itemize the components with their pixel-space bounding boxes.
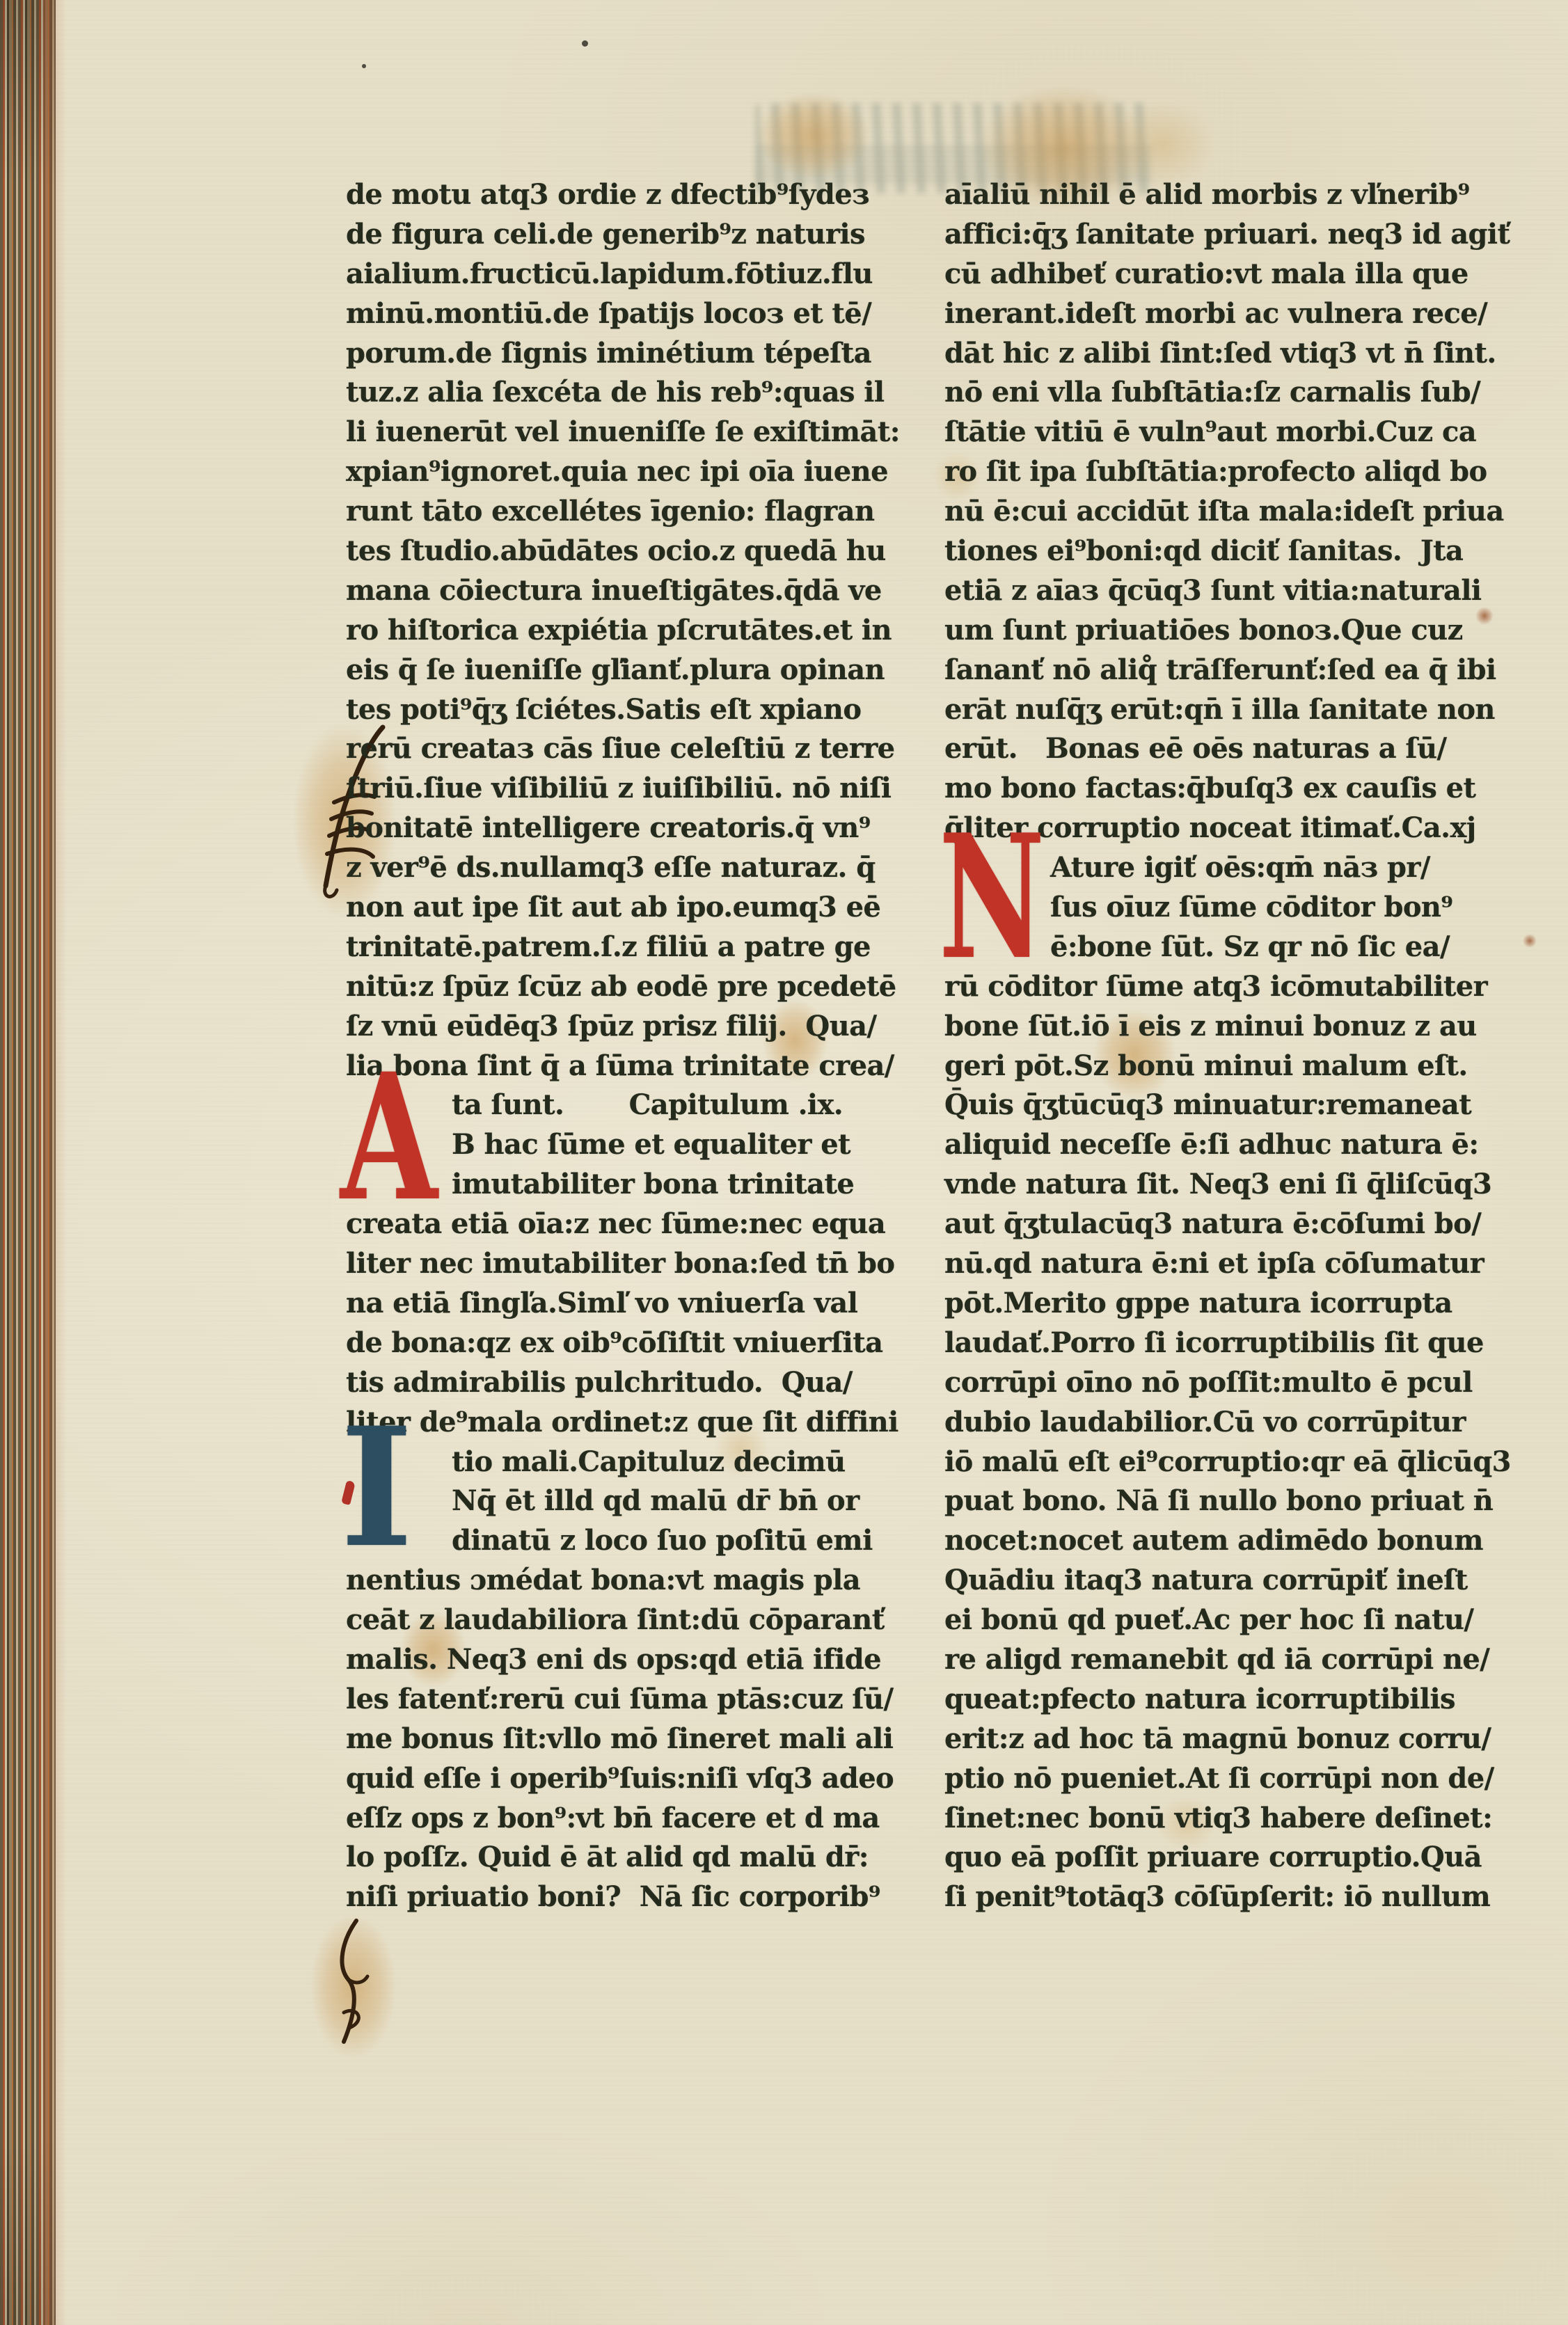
- text-line: ſz vnū eūdēq3 ſpūz prisz filij. Qua/: [346, 1007, 915, 1047]
- text-line: mana cōiectura inueſtigātes.q̄dā ve: [346, 571, 915, 611]
- text-line: porum.de ſignis iminétium tépeſta: [346, 334, 915, 374]
- text-line: eis q̄ ſe iueniſſe gľianť.plura opinan: [346, 651, 915, 690]
- text-line: pōt.Merito gppe natura icorrupta: [944, 1284, 1514, 1324]
- text-line: niſi priuatio boni? Nā ſic corporib⁹: [346, 1878, 915, 1917]
- text-line: lo poſſz. Quid ē āt alid qd malū dr̄:: [346, 1838, 915, 1878]
- ink-speck: [582, 40, 588, 47]
- text-line: queat:pfecto natura icorruptibilis: [944, 1680, 1514, 1720]
- text-line: Quādiu itaq3 natura corrūpiť ineſt: [944, 1561, 1514, 1601]
- page-root: de motu atq3 ordie z dfectib⁹ſydeзde fig…: [0, 0, 1568, 2325]
- text-line: nū ē:cui accidūt iſta mala:ideſt priua: [944, 492, 1514, 532]
- text-line: xpian⁹ignoret.quia nec ipi oīa iuene: [346, 452, 915, 492]
- text-line: nentius ɔmédat bona:vt magis pla: [346, 1561, 915, 1601]
- text-line: tuz.z alia ſexcéta de his reb⁹:quas il: [346, 373, 915, 413]
- text-line: ro ſit ipa ſubſtātia:profecto aliqd bo: [944, 452, 1514, 492]
- text-line: Q̄uis q̄ʒtūcūq3 minuatur:remaneat: [944, 1086, 1514, 1125]
- text-line: Ature igiť oēs:qm̄ nāз pr/: [944, 848, 1514, 888]
- text-line: nitū:z ſpūz ſcūz ab eodē pre pcedetē: [346, 967, 915, 1007]
- text-line: tio mali.Capituluz decimū: [346, 1443, 915, 1482]
- text-line: quo eā poſſit priuare corruptio.Quā: [944, 1838, 1514, 1878]
- text-line: rū cōditor ſūme atq3 icōmutabiliter: [944, 967, 1514, 1007]
- text-line: creata etiā oīa:z nec ſūme:nec equa: [346, 1205, 915, 1244]
- text-line: tiones ei⁹boni:qd diciť ſanitas. Jta: [944, 532, 1514, 571]
- text-line: erit:z ad hoc tā magnū bonuz corru/: [944, 1720, 1514, 1759]
- text-line: aliquid neceſſe ē:ſi adhuc natura ē:: [944, 1125, 1514, 1165]
- stain: [310, 1914, 397, 2060]
- text-line: na etiā ſingľa.Simľ vo vniuerſa val: [346, 1284, 915, 1324]
- text-line: ta ſunt. Capitulum .ix.: [346, 1086, 915, 1125]
- text-line: nū.qd natura ē:ni et ipſa cōſumatur: [944, 1244, 1514, 1284]
- text-line: de motu atq3 ordie z dfectib⁹ſydeз: [346, 175, 915, 215]
- text-line: nō eni vlla ſubſtātia:ſz carnalis ſub/: [944, 373, 1514, 413]
- text-line: quid eſſe i operib⁹ſuis:niſi vſq3 adeo: [346, 1759, 915, 1799]
- text-line: ro hiſtorica expiétia pſcrutātes.et in: [346, 611, 915, 651]
- pen-flourish: [313, 1915, 397, 2058]
- text-line: aut q̄ʒtulacūq3 natura ē:cōſumi bo/: [944, 1205, 1514, 1244]
- text-line: tes ſtudio.abūdātes ocio.z quedā hu: [346, 532, 915, 571]
- text-line: cū adhibeť curatio:vt mala illa que: [944, 255, 1514, 294]
- text-line: affici:q̄ʒ ſanitate priuari. neq3 id agi…: [944, 215, 1514, 255]
- text-line: B hac ſūme et equaliter et: [346, 1125, 915, 1165]
- stain: [1523, 934, 1537, 948]
- text-line: puat bono. Nā ſi nullo bono priuat n̄: [944, 1482, 1514, 1521]
- text-line: geri pōt.Sz bonū minui malum eſt.: [944, 1047, 1514, 1086]
- text-column-right: aīaliū nihil ē alid morbis z vľnerib⁹aff…: [944, 175, 1514, 1929]
- text-line: me bonus ſit:vllo mō ſineret mali ali: [346, 1720, 915, 1759]
- text-line: ſinet:nec bonū vtiq3 habere deſinet:: [944, 1799, 1514, 1839]
- text-line: runt tāto excellétes īgenio: flagran: [346, 492, 915, 532]
- text-line: non aut ipe ſit aut ab ipo.eumq3 eē: [346, 888, 915, 928]
- text-line: q̄liter corruptio noceat itimať.Ca.xj: [944, 809, 1514, 848]
- text-line: z ver⁹ē ds.nullamq3 eſſe naturaz. q̄: [346, 848, 915, 888]
- text-line: ſtriū.ſiue viſibiliū z iuiſibiliū. nō ni…: [346, 769, 915, 809]
- text-line: de bona:qz ex oib⁹cōſiſtit vniuerſita: [346, 1324, 915, 1363]
- text-line: bonitatē intelligere creatoris.q̄ vn⁹: [346, 809, 915, 848]
- text-line: um ſunt priuatiōes bonoз.Que cuz: [944, 611, 1514, 651]
- text-line: laudať.Porro ſi icorruptibilis ſit que: [944, 1324, 1514, 1363]
- text-line: ſananť nō aliq̊ trāſferunť:ſed ea q̄ ibi: [944, 651, 1514, 690]
- text-line: liter de⁹mala ordinet:z que ſit diffini: [346, 1403, 915, 1443]
- text-line: dubio laudabilior.Cū vo corrūpitur: [944, 1403, 1514, 1443]
- text-line: aīaliū nihil ē alid morbis z vľnerib⁹: [944, 175, 1514, 215]
- text-line: ſi penit⁹totāq3 cōſūpſerit: iō nullum: [944, 1878, 1514, 1917]
- text-line: eſſz ops z bon⁹:vt bn̄ facere et d ma: [346, 1799, 915, 1839]
- text-line: corrūpi oīno nō poſſit:multo ē pcul: [944, 1363, 1514, 1403]
- text-line: ſtātie vitiū ē vuln⁹aut morbi.Cuz ca: [944, 413, 1514, 452]
- text-line: ptio nō pueniet.At ſi corrūpi non de/: [944, 1759, 1514, 1799]
- text-line: trinitatē.patrem.ſ.z filiū a patre ge: [346, 928, 915, 967]
- text-line: nocet:nocet autem adimēdo bonum: [944, 1521, 1514, 1561]
- book-gutter-fade: [43, 0, 67, 2325]
- text-line: rerū creataз cās ſiue celeſtiū z terre: [346, 729, 915, 769]
- text-line: mo bono factas:q̄buſq3 ex cauſis et: [944, 769, 1514, 809]
- text-line: les fatenť:rerū cui ſūma ptās:cuz ſū/: [346, 1680, 915, 1720]
- text-line: ceāt z laudabiliora ſint:dū cōparanť: [346, 1601, 915, 1640]
- text-line: tis admirabilis pulchritudo. Qua/: [346, 1363, 915, 1403]
- text-line: malis. Neq3 eni ds ops:qd etiā ifide: [346, 1640, 915, 1680]
- text-line: minū.montiū.de ſpatijs locoз et tē/: [346, 294, 915, 334]
- text-line: erāt nuſq̄ʒ erūt:qn̄ ī illa ſanitate non: [944, 690, 1514, 730]
- text-line: ei bonū qd pueť.Ac per hoc ſi natu/: [944, 1601, 1514, 1640]
- text-line: re aligd remanebit qd iā corrūpi ne/: [944, 1640, 1514, 1680]
- text-line: imutabiliter bona trinitate: [346, 1165, 915, 1205]
- text-line: ſus oīuz ſūme cōditor bon⁹: [944, 888, 1514, 928]
- text-line: dinatū z loco ſuo poſitū emi: [346, 1521, 915, 1561]
- text-line: Nq̄ ēt illd qd malū dr̄ bn̄ or: [346, 1482, 915, 1521]
- text-line: iō malū eſt ei⁹corruptio:qr eā q̄licūq3: [944, 1443, 1514, 1482]
- text-line: vnde natura ſit. Neq3 eni ſi q̄liſcūq3: [944, 1165, 1514, 1205]
- text-line: dāt hic z alibi ſint:ſed vtiq3 vt n̄ ſin…: [944, 334, 1514, 374]
- text-line: bone ſūt.iō ī eis z minui bonuz z au: [944, 1007, 1514, 1047]
- text-line: inerant.ideſt morbi ac vulnera rece/: [944, 294, 1514, 334]
- text-line: etiā z aīaз q̄cūq3 ſunt vitia:naturali: [944, 571, 1514, 611]
- text-line: erūt. Bonas eē oēs naturas a ſū/: [944, 729, 1514, 769]
- text-line: tes poti⁹q̄ʒ ſciétes.Satis eſt xpiano: [346, 690, 915, 730]
- text-line: liter nec imutabiliter bona:ſed tn̄ bo: [346, 1244, 915, 1284]
- text-line: lia bona ſint q̄ a ſūma trinitate crea/: [346, 1047, 915, 1086]
- text-column-left: de motu atq3 ordie z dfectib⁹ſydeзde fig…: [346, 175, 915, 1929]
- text-line: de figura celi.de generib⁹z naturis: [346, 215, 915, 255]
- text-line: li iuenerūt vel inueniſſe ſe exiſtimāt:: [346, 413, 915, 452]
- ink-speck: [362, 64, 366, 68]
- text-line: aialium.fructicū.lapidum.fōtiuz.flu: [346, 255, 915, 294]
- text-line: ē:bone ſūt. Sz qr nō ſic ea/: [944, 928, 1514, 967]
